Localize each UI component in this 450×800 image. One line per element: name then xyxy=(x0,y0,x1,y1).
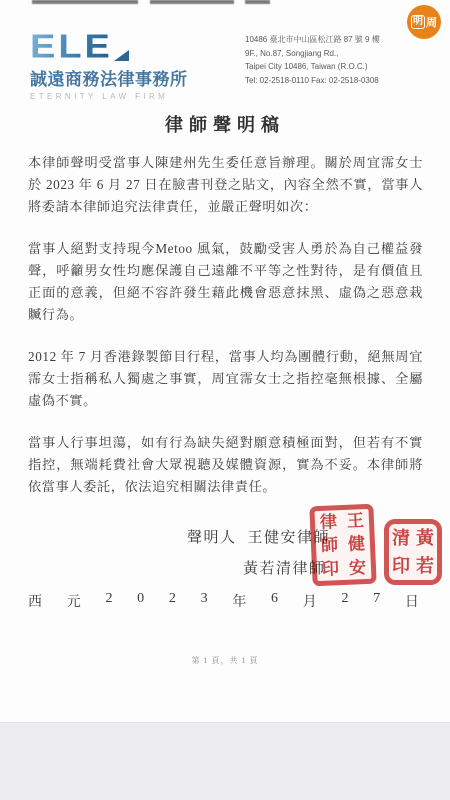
seal-char: 清 xyxy=(392,529,410,547)
lawyer-seal-wang: 王 健 安 律 師 印 xyxy=(309,504,376,587)
seal-char: 印 xyxy=(322,560,340,578)
seal-char: 師 xyxy=(321,537,339,555)
firm-name-chinese: 誠遠商務法律事務所 xyxy=(30,65,200,90)
paragraph-hongkong: 2012 年 7 月香港錄製節目行程，當事人均為團體行動，絕無周宜霈女士指稱私人… xyxy=(28,346,423,412)
date-char: 6 xyxy=(271,591,278,611)
paragraph-legal-action: 當事人行事坦蕩，如有行為缺失絕對願意積極面對，但若有不實指控，無端耗費社會大眾視… xyxy=(28,432,423,498)
address-line-street: 9F., No.87, Songjiang Rd., xyxy=(245,47,380,61)
date-char: 0 xyxy=(137,591,144,611)
paragraph-intro: 本律師聲明受當事人陳建州先生委任意旨辦理。關於周宜霈女士於 2023 年 6 月… xyxy=(28,152,423,218)
date-char: 元 xyxy=(67,591,81,611)
address-line-phone: Tel: 02-2518-0110 Fax: 02-2518-0308 xyxy=(245,74,380,88)
statement-body: 本律師聲明受當事人陳建州先生委任意旨辦理。關於周宜霈女士於 2023 年 6 月… xyxy=(28,152,423,518)
signature-row-1: 聲明人 王健安律師 xyxy=(187,529,330,547)
signature-block: 聲明人 王健安律師 黃若清律師 xyxy=(187,529,330,578)
date-char: 2 xyxy=(341,591,348,611)
logo-mark: ELE xyxy=(30,28,200,62)
watermark-char-ming: 明 xyxy=(411,15,425,29)
document-title: 律師聲明稿 xyxy=(0,111,450,137)
seal-char: 律 xyxy=(320,513,338,531)
law-firm-logo: ELE 誠遠商務法律事務所 ETERNITY LAW FIRM xyxy=(30,28,200,101)
declarant-label: 聲明人 xyxy=(187,529,237,547)
page-number-footer: 第 1 頁，共 1 頁 xyxy=(0,655,450,666)
lawyer-seal-huang: 黃 若 清 印 xyxy=(384,519,442,585)
paragraph-metoo: 當事人絕對支持現今Metoo 風氣，鼓勵受害人勇於為自己權益發聲，呼籲男女性均應… xyxy=(28,238,423,326)
date-char: 月 xyxy=(303,591,317,611)
seal-char: 健 xyxy=(348,536,366,554)
seal-char: 安 xyxy=(349,559,367,577)
watermark-char-zhou: 周 xyxy=(426,14,437,30)
cropped-text-artifact xyxy=(245,0,270,4)
seal-char: 王 xyxy=(347,512,365,530)
firm-name-english: ETERNITY LAW FIRM xyxy=(30,92,200,101)
mingweekly-watermark-badge: 明 周 xyxy=(407,5,441,39)
logo-letters: ELE xyxy=(30,32,113,62)
logo-triangle-icon xyxy=(114,50,129,61)
seal-char: 若 xyxy=(416,557,434,575)
date-char: 日 xyxy=(405,591,419,611)
date-char: 2 xyxy=(169,591,176,611)
background-surface xyxy=(0,722,450,800)
firm-address-block: 10486 臺北市中山區松江路 87 號 9 樓 9F., No.87, Son… xyxy=(245,33,380,87)
date-char: 3 xyxy=(201,591,208,611)
date-char: 7 xyxy=(373,591,380,611)
seal-char: 印 xyxy=(392,557,410,575)
address-line-city: Taipei City 10486, Taiwan (R.O.C.) xyxy=(245,60,380,74)
date-char: 2 xyxy=(105,591,112,611)
date-char: 西 xyxy=(28,591,42,611)
seal-char: 黃 xyxy=(416,529,434,547)
cropped-text-artifact xyxy=(150,0,234,4)
cropped-text-artifact xyxy=(32,0,138,4)
date-char: 年 xyxy=(232,591,246,611)
scanned-legal-statement: { "watermark": { "left_char": "明", "righ… xyxy=(0,0,450,800)
address-line-chinese: 10486 臺北市中山區松江路 87 號 9 樓 xyxy=(245,33,380,47)
statement-date: 西 元 2 0 2 3 年 6 月 2 7 日 xyxy=(28,591,419,611)
